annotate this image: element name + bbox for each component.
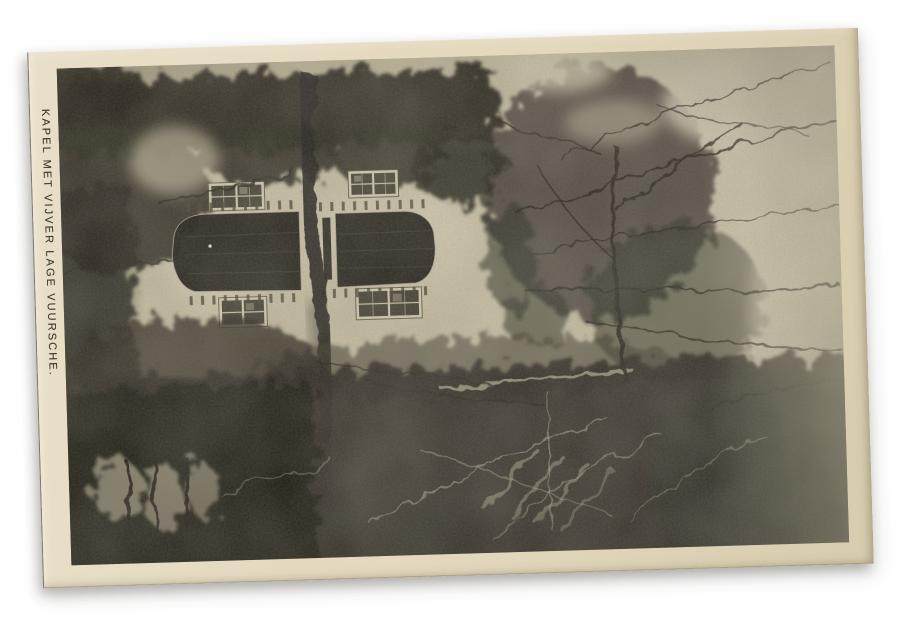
postcard-caption: KAPEL MET VIJVER LAGE VUURSCHE. [37,109,61,429]
scan-background: KAPEL MET VIJVER LAGE VUURSCHE. [0,0,906,620]
postcard-photo [57,45,849,565]
photo-scene [57,45,849,565]
postcard: KAPEL MET VIJVER LAGE VUURSCHE. [27,28,874,588]
film-grain-fine [57,45,849,565]
